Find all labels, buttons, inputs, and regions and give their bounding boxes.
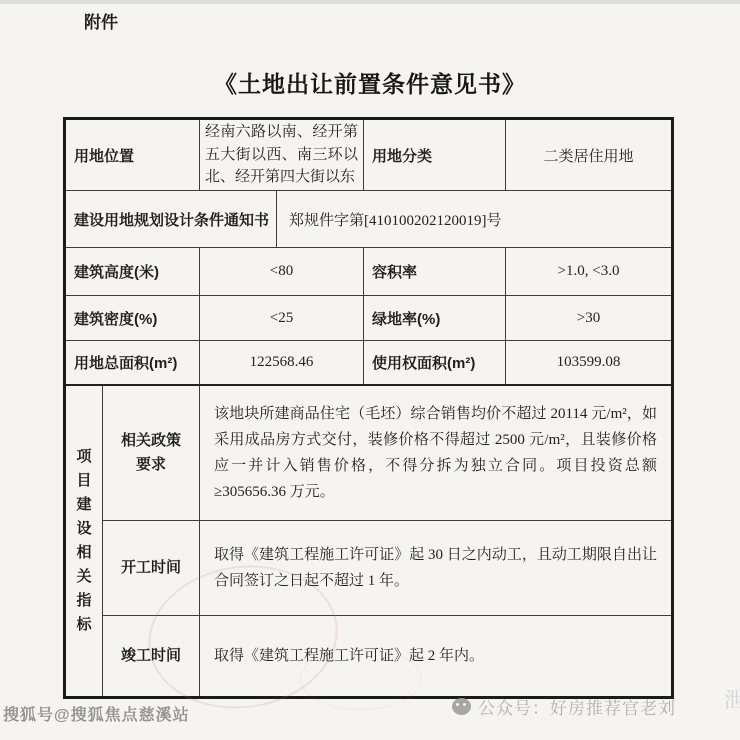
plot-ratio-label: 容积率 bbox=[364, 248, 506, 295]
land-class-value: 二类居住用地 bbox=[506, 120, 671, 190]
policy-requirement-row: 相关政策要求 该地块所建商品住宅（毛坯）综合销售均价不超过 20114 元/m²… bbox=[103, 386, 671, 521]
public-account-text: 公众号：好房推荐官老刘 bbox=[478, 694, 676, 719]
policy-requirement-label: 相关政策要求 bbox=[103, 386, 200, 520]
scanned-document-page: { "page": { "attachment_label": "附件", "t… bbox=[0, 0, 740, 740]
conditions-table: 用地位置 经南六路以南、经开第五大街以西、南三环以北、经开第四大街以东 用地分类… bbox=[63, 117, 674, 699]
plot-ratio-value: >1.0, <3.0 bbox=[506, 248, 671, 295]
building-height-label: 建筑高度(米) bbox=[66, 248, 200, 295]
use-right-area-value: 103599.08 bbox=[506, 341, 671, 384]
total-land-area-value: 122568.46 bbox=[200, 341, 364, 384]
building-density-label: 建筑密度(%) bbox=[66, 296, 200, 340]
green-rate-label: 绿地率(%) bbox=[364, 296, 506, 340]
start-time-text: 取得《建筑工程施工许可证》起 30 日之内动工，且动工期限自出让合同签订之日起不… bbox=[200, 521, 671, 615]
edge-watermark-fragment: 泄 bbox=[724, 684, 740, 714]
completion-time-text: 取得《建筑工程施工许可证》起 2 年内。 bbox=[200, 616, 671, 696]
planning-notice-label: 建设用地规划设计条件通知书 bbox=[66, 191, 277, 247]
building-density-value: <25 bbox=[200, 296, 364, 340]
green-rate-value: >30 bbox=[506, 296, 671, 340]
table-row: 建筑高度(米) <80 容积率 >1.0, <3.0 bbox=[66, 248, 671, 296]
total-land-area-label: 用地总面积(m²) bbox=[66, 341, 200, 384]
land-location-label: 用地位置 bbox=[66, 120, 200, 190]
start-time-row: 开工时间 取得《建筑工程施工许可证》起 30 日之内动工，且动工期限自出让合同签… bbox=[103, 521, 671, 616]
building-height-value: <80 bbox=[200, 248, 364, 295]
attachment-label: 附件 bbox=[84, 8, 118, 33]
page-title: 《土地出让前置条件意见书》 bbox=[0, 66, 740, 99]
completion-time-label: 竣工时间 bbox=[103, 616, 200, 696]
table-row: 用地位置 经南六路以南、经开第五大街以西、南三环以北、经开第四大街以东 用地分类… bbox=[66, 120, 671, 191]
land-location-value: 经南六路以南、经开第五大街以西、南三环以北、经开第四大街以东 bbox=[200, 120, 364, 190]
table-row: 建筑密度(%) <25 绿地率(%) >30 bbox=[66, 296, 671, 341]
scan-edge-shadow bbox=[0, 0, 740, 4]
wechat-icon bbox=[452, 698, 471, 715]
start-time-label: 开工时间 bbox=[103, 521, 200, 615]
completion-time-row: 竣工时间 取得《建筑工程施工许可证》起 2 年内。 bbox=[103, 616, 671, 696]
planning-notice-value: 郑规件字第[410100202120019]号 bbox=[277, 191, 671, 247]
project-indicators-vertical-label: 项目建设相关指标 bbox=[66, 386, 103, 696]
table-row: 用地总面积(m²) 122568.46 使用权面积(m²) 103599.08 bbox=[66, 341, 671, 386]
use-right-area-label: 使用权面积(m²) bbox=[364, 341, 506, 384]
land-class-label: 用地分类 bbox=[364, 120, 506, 190]
project-indicators-section: 项目建设相关指标 相关政策要求 该地块所建商品住宅（毛坯）综合销售均价不超过 2… bbox=[66, 386, 671, 696]
table-row: 建设用地规划设计条件通知书 郑规件字第[410100202120019]号 bbox=[66, 191, 671, 248]
sohu-watermark: 搜狐号@搜狐焦点慈溪站 bbox=[3, 702, 190, 725]
public-account-watermark: 公众号：好房推荐官老刘 bbox=[452, 694, 676, 719]
policy-requirement-text: 该地块所建商品住宅（毛坯）综合销售均价不超过 20114 元/m²，如采用成品房… bbox=[200, 386, 671, 520]
